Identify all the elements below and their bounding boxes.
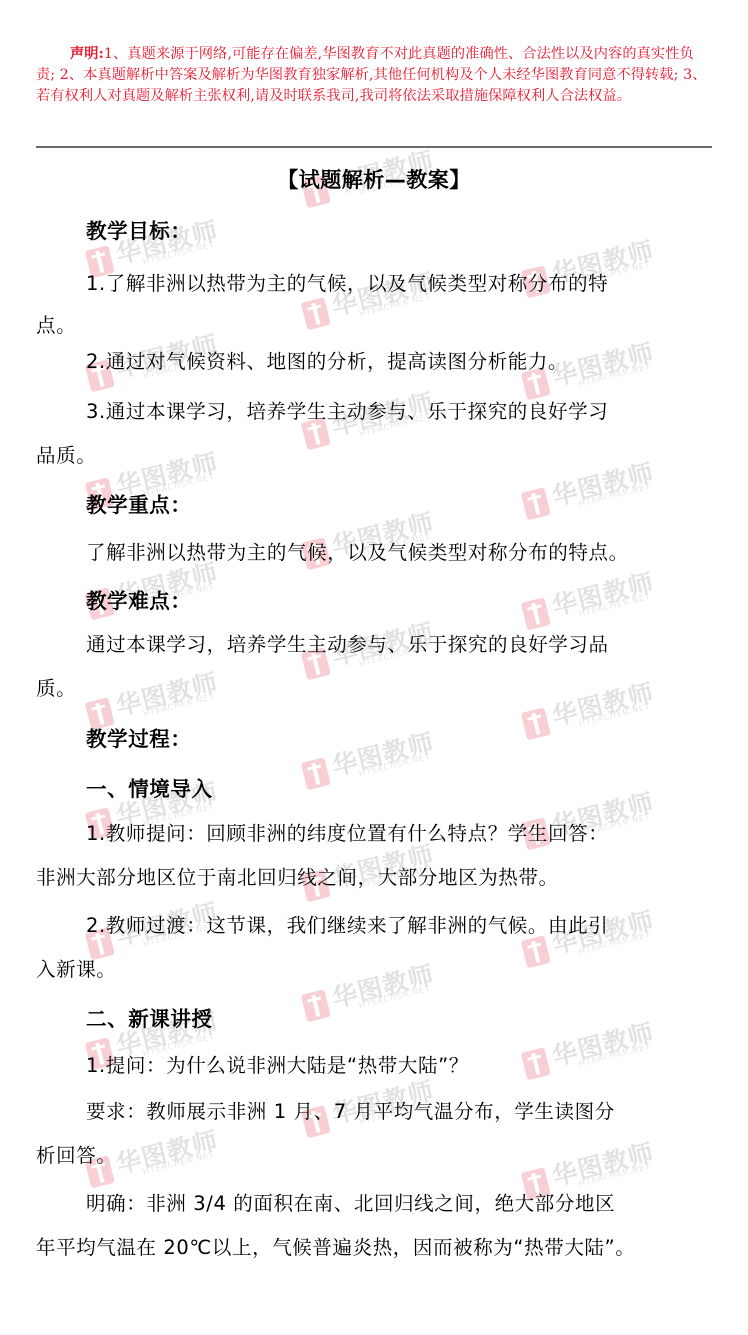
paragraph-line: 1.了解非洲以热带为主的气候，以及气候类型对称分布的特 [86,268,608,296]
watermark-logo-icon [521,935,551,968]
paragraph-line: 了解非洲以热带为主的气候，以及气候类型对称分布的特点。 [86,537,629,565]
heading-difficulties: 教学难点： [86,584,192,614]
heading-section-one: 一、情境导入 [86,772,213,802]
watermark-logo-icon [521,597,551,630]
paragraph-line: 2.教师过渡：这节课，我们继续来了解非洲的气候。由此引 [86,910,608,938]
watermark-logo-icon [521,1047,551,1080]
paragraph-line: 3.通过本课学习，培养学生主动参与、乐于探究的良好学习 [86,396,608,424]
paragraph-line: 点。 [36,310,76,338]
watermark: 华图教师HTEACHER.NET [518,1000,695,1090]
watermark: 华图教师HTEACHER.NET [298,490,475,580]
paragraph-line: 要求：教师展示非洲 1 月、7 月平均气温分布，学生读图分 [86,1096,615,1124]
heading-section-two: 二、新课讲授 [86,1002,213,1032]
divider [36,146,712,148]
watermark: 华图教师HTEACHER.NET [518,770,695,860]
disclaimer-text: 1、真题来源于网络,可能存在偏差,华图教育不对此真题的准确性、合法性以及内容的真… [36,46,707,104]
watermark-logo-icon [521,707,551,740]
paragraph-line: 1.教师提问：回顾非洲的纬度位置有什么特点？学生回答： [86,818,608,846]
watermark: 华图教师HTEACHER.NET [298,942,475,1032]
paragraph-line: 非洲大部分地区位于南北回归线之间，大部分地区为热带。 [36,862,559,890]
watermark-logo-icon [301,757,331,790]
disclaimer: 声明:1、真题来源于网络,可能存在偏差,华图教育不对此真题的准确性、合法性以及内… [36,44,712,107]
paragraph-line: 2.通过对气候资料、地图的分析，提高读图分析能力。 [86,346,568,374]
heading-objectives: 教学目标： [86,214,192,244]
page-title: 【试题解析—教案】 [0,164,748,194]
heading-key-points: 教学重点： [86,488,192,518]
watermark-logo-icon [301,989,331,1022]
watermark: 华图教师HTEACHER.NET [518,660,695,750]
paragraph-line: 1.提问：为什么说非洲大陆是“热带大陆”？ [86,1050,469,1078]
heading-process: 教学过程： [86,722,192,752]
paragraph-line: 质。 [36,673,76,701]
disclaimer-lead: 声明: [70,46,104,62]
watermark-logo-icon [521,487,551,520]
paragraph-line: 品质。 [36,440,96,468]
document-page: 华图教师HTEACHER.NET 华图教师HTEACHER.NET 华图教师HT… [0,0,748,1335]
paragraph-line: 通过本课学习，培养学生主动参与、乐于探究的良好学习品 [86,629,609,657]
watermark-logo-icon [301,297,331,330]
paragraph-line: 明确：非洲 3/4 的面积在南、北回归线之间，绝大部分地区 [86,1188,615,1216]
paragraph-line: 析回答。 [36,1140,116,1168]
paragraph-line: 入新课。 [36,954,116,982]
paragraph-line: 年平均气温在 20℃以上，气候普遍炎热，因而被称为“热带大陆”。 [36,1232,635,1260]
watermark: 华图教师HTEACHER.NET [518,440,695,530]
watermark: 华图教师HTEACHER.NET [298,710,475,800]
